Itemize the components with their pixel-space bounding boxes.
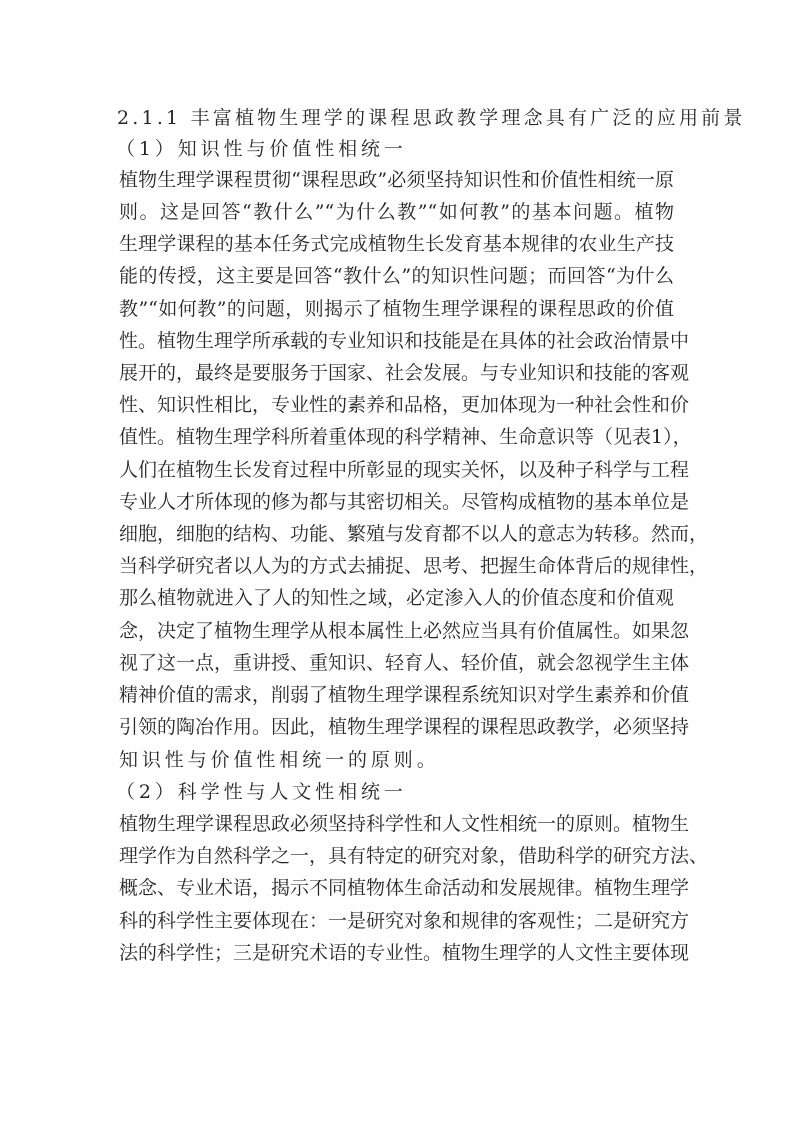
- paragraph-line: 植物生理学课程思政必须坚持科学性和人文性相统一的原则。植物生: [119, 809, 674, 839]
- paragraph-line: 精神价值的需求，削弱了植物生理学课程系统知识对学生素养和价值: [119, 680, 674, 710]
- paragraph-line: 展开的，最终是要服务于国家、社会发展。与专业知识和技能的客观: [119, 358, 674, 388]
- paragraph-line: 则。这是回答“教什么”“为什么教”“如何教”的基本问题。植物: [119, 197, 674, 227]
- paragraph-line: 性。植物生理学所承载的专业知识和技能是在具体的社会政治情景中: [119, 326, 674, 356]
- paragraph-line: 人们在植物生长发育过程中所彰显的现实关怀，以及种子科学与工程: [119, 455, 674, 485]
- document-page: 2.1.1 丰富植物生理学的课程思政教学理念具有广泛的应用前景 （1）知识性与价…: [0, 0, 794, 1123]
- paragraph-line: 那么植物就进入了人的知性之域，必定渗入人的价值态度和价值观: [119, 583, 674, 613]
- paragraph-line: 引领的陶冶作用。因此，植物生理学课程的课程思政教学，必须坚持: [119, 712, 674, 742]
- paragraph-line: 能的传授，这主要是回答“教什么”的知识性问题；而回答“为什么: [119, 261, 674, 291]
- paragraph-line: 科的科学性主要体现在：一是研究对象和规律的客观性；二是研究方: [119, 906, 674, 936]
- subsection-heading-1: （1）知识性与价值性相统一: [116, 134, 671, 164]
- subsection-heading-2: （2）科学性与人文性相统一: [116, 777, 671, 807]
- paragraph-line: 当科学研究者以人为的方式去捕捉、思考、把握生命体背后的规律性，: [119, 551, 674, 581]
- paragraph-line: 专业人才所体现的修为都与其密切相关。尽管构成植物的基本单位是: [119, 487, 674, 517]
- paragraph-line: 概念、专业术语，揭示不同植物体生命活动和发展规律。植物生理学: [119, 873, 674, 903]
- paragraph-line: 性、知识性相比，专业性的素养和品格，更加体现为一种社会性和价: [119, 390, 674, 420]
- paragraph-line: 细胞，细胞的结构、功能、繁殖与发育都不以人的意志为转移。然而，: [119, 519, 674, 549]
- paragraph-line: 法的科学性；三是研究术语的专业性。植物生理学的人文性主要体现: [119, 938, 674, 968]
- paragraph-line: 植物生理学课程贯彻“课程思政”必须坚持知识性和价值性相统一原: [119, 165, 674, 195]
- section-title: 2.1.1 丰富植物生理学的课程思政教学理念具有广泛的应用前景: [117, 103, 672, 133]
- paragraph-line: 理学作为自然科学之一，具有特定的研究对象，借助科学的研究方法、: [119, 841, 674, 871]
- paragraph-line: 知识性与价值性相统一的原则。: [119, 745, 674, 775]
- paragraph-line: 念，决定了植物生理学从根本属性上必然应当具有价值属性。如果忽: [119, 616, 674, 646]
- paragraph-line: 教”“如何教”的问题，则揭示了植物生理学课程的课程思政的价值: [119, 294, 674, 324]
- paragraph-line: 视了这一点，重讲授、重知识、轻育人、轻价值，就会忽视学生主体: [119, 648, 674, 678]
- paragraph-line: 值性。植物生理学科所着重体现的科学精神、生命意识等（见表1），: [119, 422, 674, 452]
- paragraph-line: 生理学课程的基本任务式完成植物生长发育基本规律的农业生产技: [119, 229, 674, 259]
